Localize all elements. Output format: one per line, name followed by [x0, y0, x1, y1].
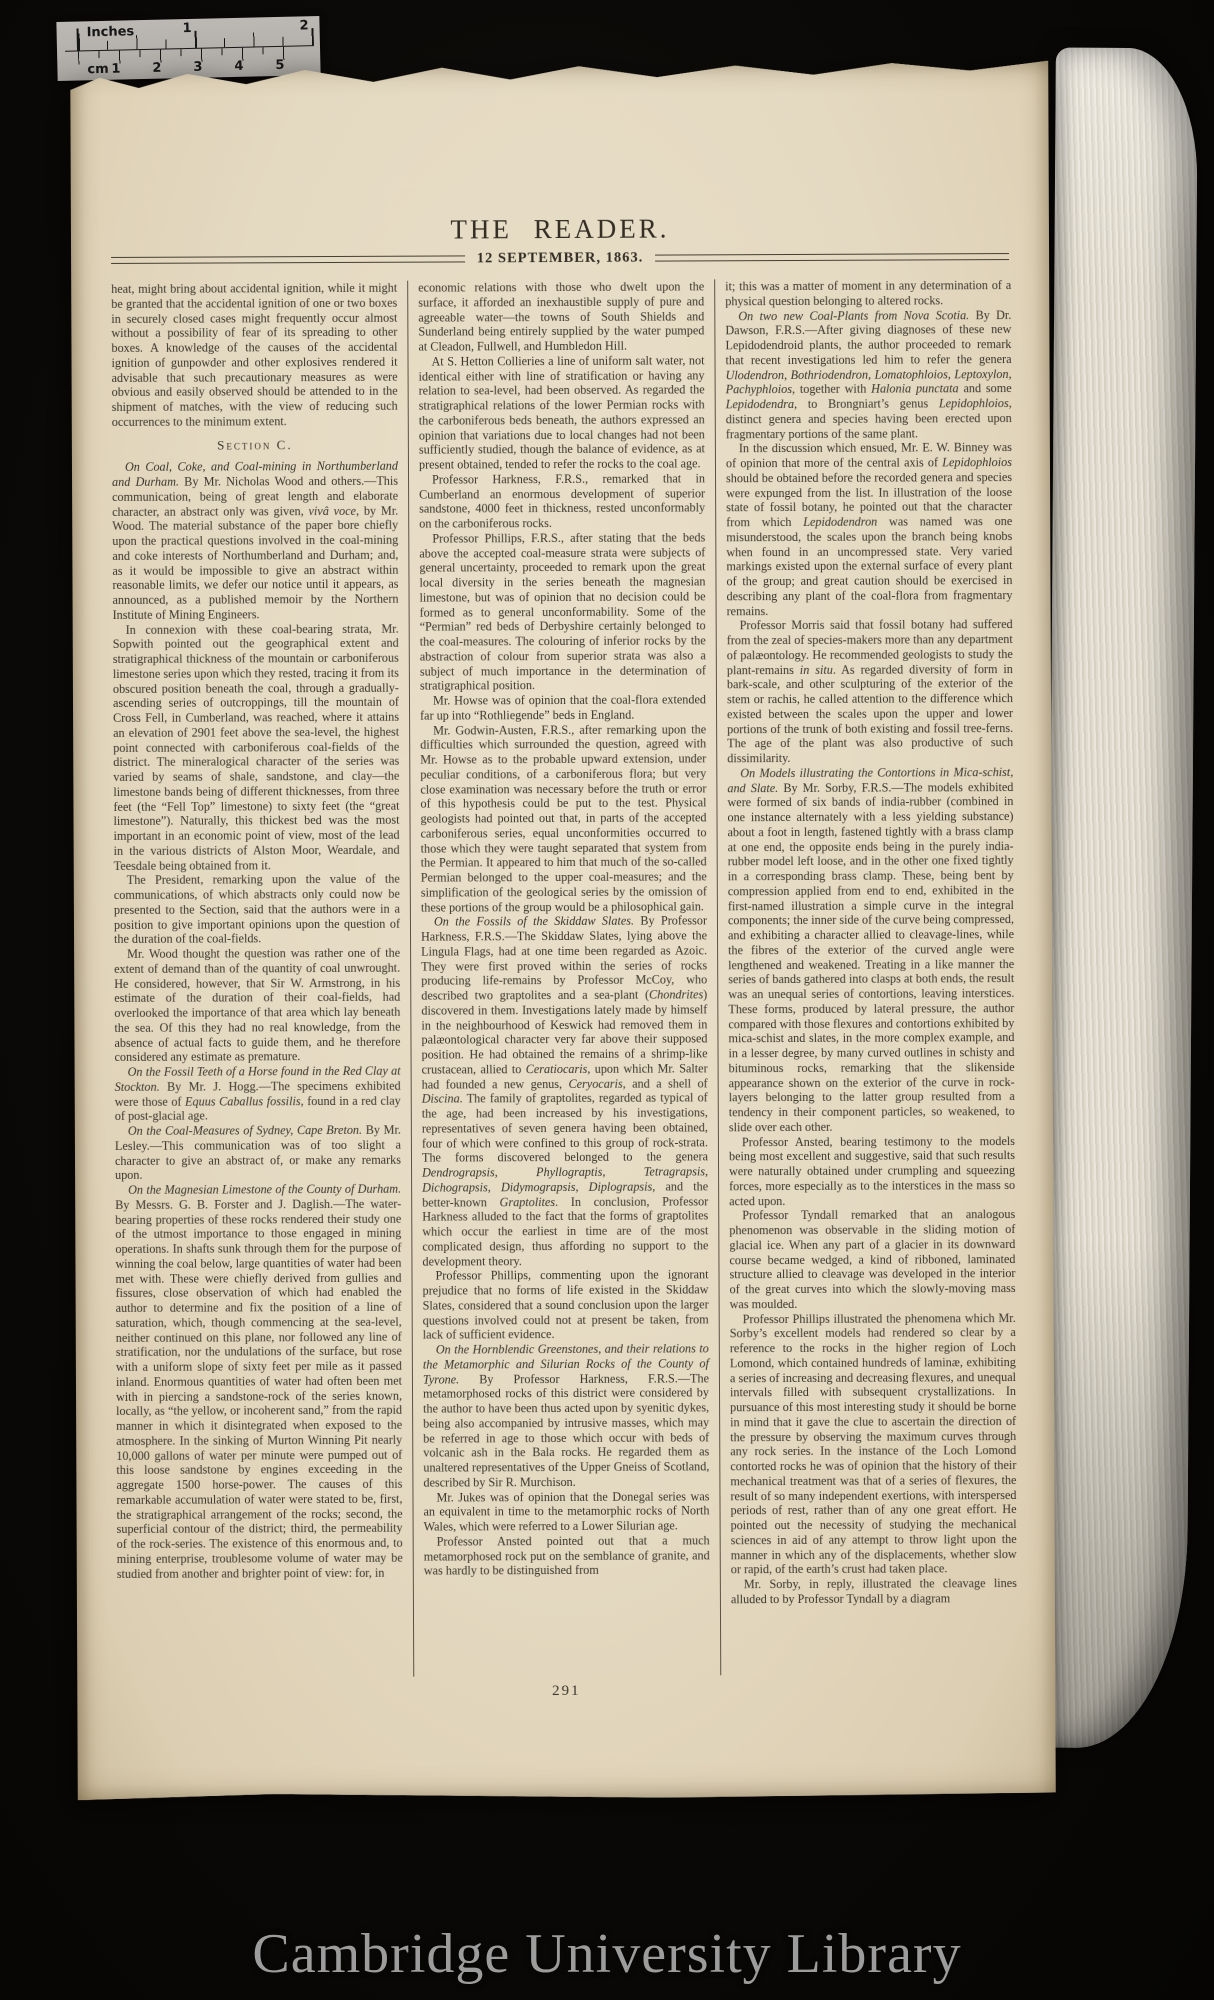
paragraph: it; this was a matter of moment in any d…: [725, 278, 1011, 309]
paragraph: In the discussion which ensued, Mr. E. W…: [726, 440, 1013, 618]
paragraph: On the Magnesian Limestone of the County…: [115, 1182, 403, 1581]
paper-title-italic: On the Hornblendic Greenstones, and thei…: [423, 1341, 709, 1386]
paper-title-italic: On Coal, Coke, and Coal-mining in Northu…: [112, 459, 398, 489]
paragraph: On the Hornblendic Greenstones, and thei…: [423, 1341, 710, 1490]
masthead-title: THE READER.: [71, 212, 1049, 247]
issue-date: 12 SEPTEMBER, 1863.: [465, 250, 656, 268]
paper-title-italic: On the Fossils of the Skiddaw Slates.: [434, 914, 640, 929]
columns: heat, might bring about accidental ignit…: [111, 278, 1017, 1678]
paragraph: Professor Ansted, bearing testimony to t…: [729, 1134, 1015, 1209]
photo-backdrop: { "photo": { "ruler": { "inches_label": …: [0, 0, 1214, 2000]
column-2: economic relations with those who dwelt …: [407, 279, 720, 1676]
paragraph: On the Fossil Teeth of a Horse found in …: [115, 1064, 401, 1124]
paragraph: Mr. Wood thought the question was rather…: [114, 946, 401, 1065]
paragraph: The President, remarking upon the value …: [114, 872, 400, 947]
paragraph: Mr. Jukes was of opinion that the Donega…: [423, 1489, 709, 1534]
paragraph: Professor Tyndall remarked that an analo…: [729, 1207, 1015, 1311]
paragraph: heat, might bring about accidental ignit…: [111, 281, 398, 430]
dateline-rule-right: [655, 253, 1009, 262]
paper-title-italic: On the Fossil Teeth of a Horse found in …: [115, 1064, 401, 1094]
paragraph: Professor Phillips, F.R.S., after statin…: [419, 530, 706, 693]
dateline: 12 SEPTEMBER, 1863.: [111, 248, 1009, 269]
paragraph: Mr. Howse was of opinion that the coal-f…: [420, 692, 706, 723]
ruler-inch-number: 2: [299, 18, 308, 33]
paragraph: In connexion with these coal-bearing str…: [113, 621, 400, 873]
section-heading: Section C.: [112, 437, 398, 453]
paragraph: On the Coal-Measures of Sydney, Cape Bre…: [115, 1123, 401, 1183]
column-3: it; this was a matter of moment in any d…: [714, 278, 1017, 1675]
paragraph: economic relations with those who dwelt …: [418, 279, 704, 354]
library-watermark: Cambridge University Library: [0, 1922, 1214, 1986]
paragraph: On Coal, Coke, and Coal-mining in Northu…: [112, 459, 399, 622]
paper-title-italic: On two new Coal-Plants from Nova Scotia.: [738, 308, 975, 323]
paragraph: Professor Phillips, commenting upon the …: [422, 1268, 708, 1343]
book-fore-edge: [1044, 48, 1198, 1749]
paragraph: Mr. Sorby, in reply, illustrated the cle…: [731, 1576, 1017, 1607]
scanned-page: THE READER. 12 SEPTEMBER, 1863. heat, mi…: [70, 60, 1056, 1800]
ruler-inch-number: 1: [182, 21, 191, 36]
scanned-page-wrap: THE READER. 12 SEPTEMBER, 1863. heat, mi…: [70, 60, 1056, 1800]
paragraph: Professor Morris said that fossil botany…: [727, 617, 1014, 766]
paper-title-italic: On the Coal-Measures of Sydney, Cape Bre…: [128, 1123, 366, 1138]
paragraph: Professor Ansted pointed out that a much…: [424, 1533, 710, 1578]
page-number: 291: [77, 1681, 1055, 1702]
paragraph: Professor Phillips illustrated the pheno…: [730, 1311, 1017, 1578]
paragraph: On the Fossils of the Skiddaw Slates. By…: [421, 914, 709, 1269]
dateline-rule-left: [111, 255, 465, 264]
paper-title-italic: On the Magnesian Limestone of the County…: [128, 1182, 401, 1197]
paragraph: On Models illustrating the Contortions i…: [727, 765, 1015, 1135]
paragraph: Mr. Godwin-Austen, F.R.S., after remarki…: [420, 722, 707, 915]
paper-title-italic: On Models illustrating the Contortions i…: [727, 765, 1013, 795]
paragraph: On two new Coal-Plants from Nova Scotia.…: [725, 308, 1012, 442]
column-1: heat, might bring about accidental ignit…: [111, 281, 413, 1678]
paragraph: Professor Harkness, F.R.S., remarked tha…: [419, 471, 705, 531]
paragraph: At S. Hetton Collieries a line of unifor…: [418, 353, 705, 472]
